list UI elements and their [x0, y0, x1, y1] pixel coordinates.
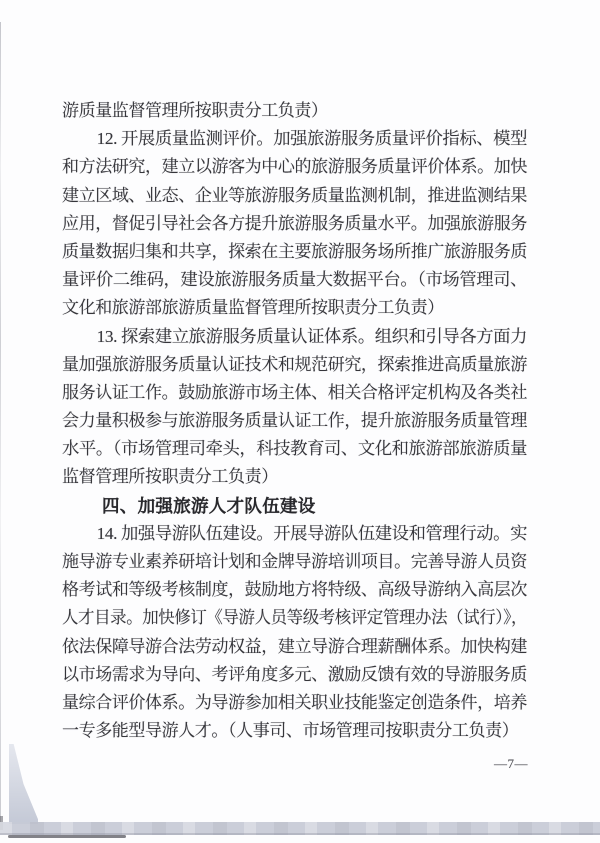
- heading-section-4: 四、加强旅游人才队伍建设: [62, 492, 527, 520]
- text-line: 应用，督促引导社会各方提升旅游服务质量水平。加强旅游服务: [62, 210, 527, 238]
- text-line: 13. 探索建立旅游服务质量认证体系。组织和引导各方面力: [62, 323, 527, 351]
- text-line: 量评价二维码，建设旅游服务质量大数据平台。（市场管理司、: [62, 266, 527, 294]
- para-13: 13. 探索建立旅游服务质量认证体系。组织和引导各方面力量加强旅游服务质量认证技…: [62, 323, 527, 492]
- text-line: 质量数据归集和共享，探索在主要旅游服务场所推广旅游服务质: [62, 238, 527, 266]
- scanned-document-page: 游质量监督管理所按职责分工负责）12. 开展质量监测评价。加强旅游服务质量评价指…: [0, 0, 600, 843]
- para-11-tail: 游质量监督管理所按职责分工负责）: [62, 97, 527, 125]
- text-line: 量综合评价体系。为导游参加相关职业技能鉴定创造条件，培养: [62, 689, 527, 717]
- text-line: 会力量积极参与旅游服务质量认证工作，提升旅游服务质量管理: [62, 407, 527, 435]
- text-line: 监督管理所按职责分工负责）: [62, 463, 527, 491]
- text-line: 一专多能型导游人才。（人事司、市场管理司按职责分工负责）: [62, 717, 527, 745]
- text-line: 12. 开展质量监测评价。加强旅游服务质量评价指标、模型: [62, 125, 527, 153]
- text-line: 14. 加强导游队伍建设。开展导游队伍建设和管理行动。实: [62, 520, 527, 548]
- para-12: 12. 开展质量监测评价。加强旅游服务质量评价指标、模型和方法研究，建立以游客为…: [62, 125, 527, 322]
- scan-corner-fold-shadow: [9, 744, 38, 824]
- scan-bottom-shadow-band: [0, 822, 600, 835]
- text-line: 服务认证工作。鼓励旅游市场主体、相关合格评定机构及各类社: [62, 379, 527, 407]
- text-line: 量加强旅游服务质量认证技术和规范研究，探索推进高质量旅游: [62, 351, 527, 379]
- text-line: 水平。（市场管理司牵头，科技教育司、文化和旅游部旅游质量: [62, 435, 527, 463]
- text-line: 建立区域、业态、企业等旅游服务质量监测机制，推进监测结果: [62, 182, 527, 210]
- text-line: 游质量监督管理所按职责分工负责）: [62, 97, 527, 125]
- text-line: 施导游专业素养研培计划和金牌导游培训项目。完善导游人员资: [62, 548, 527, 576]
- text-line: 格考试和等级考核制度，鼓励地方将特级、高级导游纳入高层次: [62, 576, 527, 604]
- para-14: 14. 加强导游队伍建设。开展导游队伍建设和管理行动。实施导游专业素养研培计划和…: [62, 520, 527, 746]
- page-number: —7—: [494, 756, 528, 772]
- text-line: 依法保障导游合法劳动权益，建立导游合理薪酬体系。加快构建: [62, 633, 527, 661]
- text-block: 游质量监督管理所按职责分工负责）12. 开展质量监测评价。加强旅游服务质量评价指…: [62, 97, 527, 745]
- text-line: 人才目录。加快修订《导游人员等级考核评定管理办法（试行）》，: [62, 604, 527, 632]
- scan-bottom-edge-line: [8, 835, 126, 838]
- scan-left-edge-line: [0, 22, 1, 822]
- text-line: 四、加强旅游人才队伍建设: [62, 492, 527, 520]
- text-line: 文化和旅游部旅游质量监督管理所按职责分工负责）: [62, 294, 527, 322]
- text-line: 和方法研究，建立以游客为中心的旅游服务质量评价体系。加快: [62, 153, 527, 181]
- text-line: 以市场需求为导向、考评角度多元、激励反馈有效的导游服务质: [62, 661, 527, 689]
